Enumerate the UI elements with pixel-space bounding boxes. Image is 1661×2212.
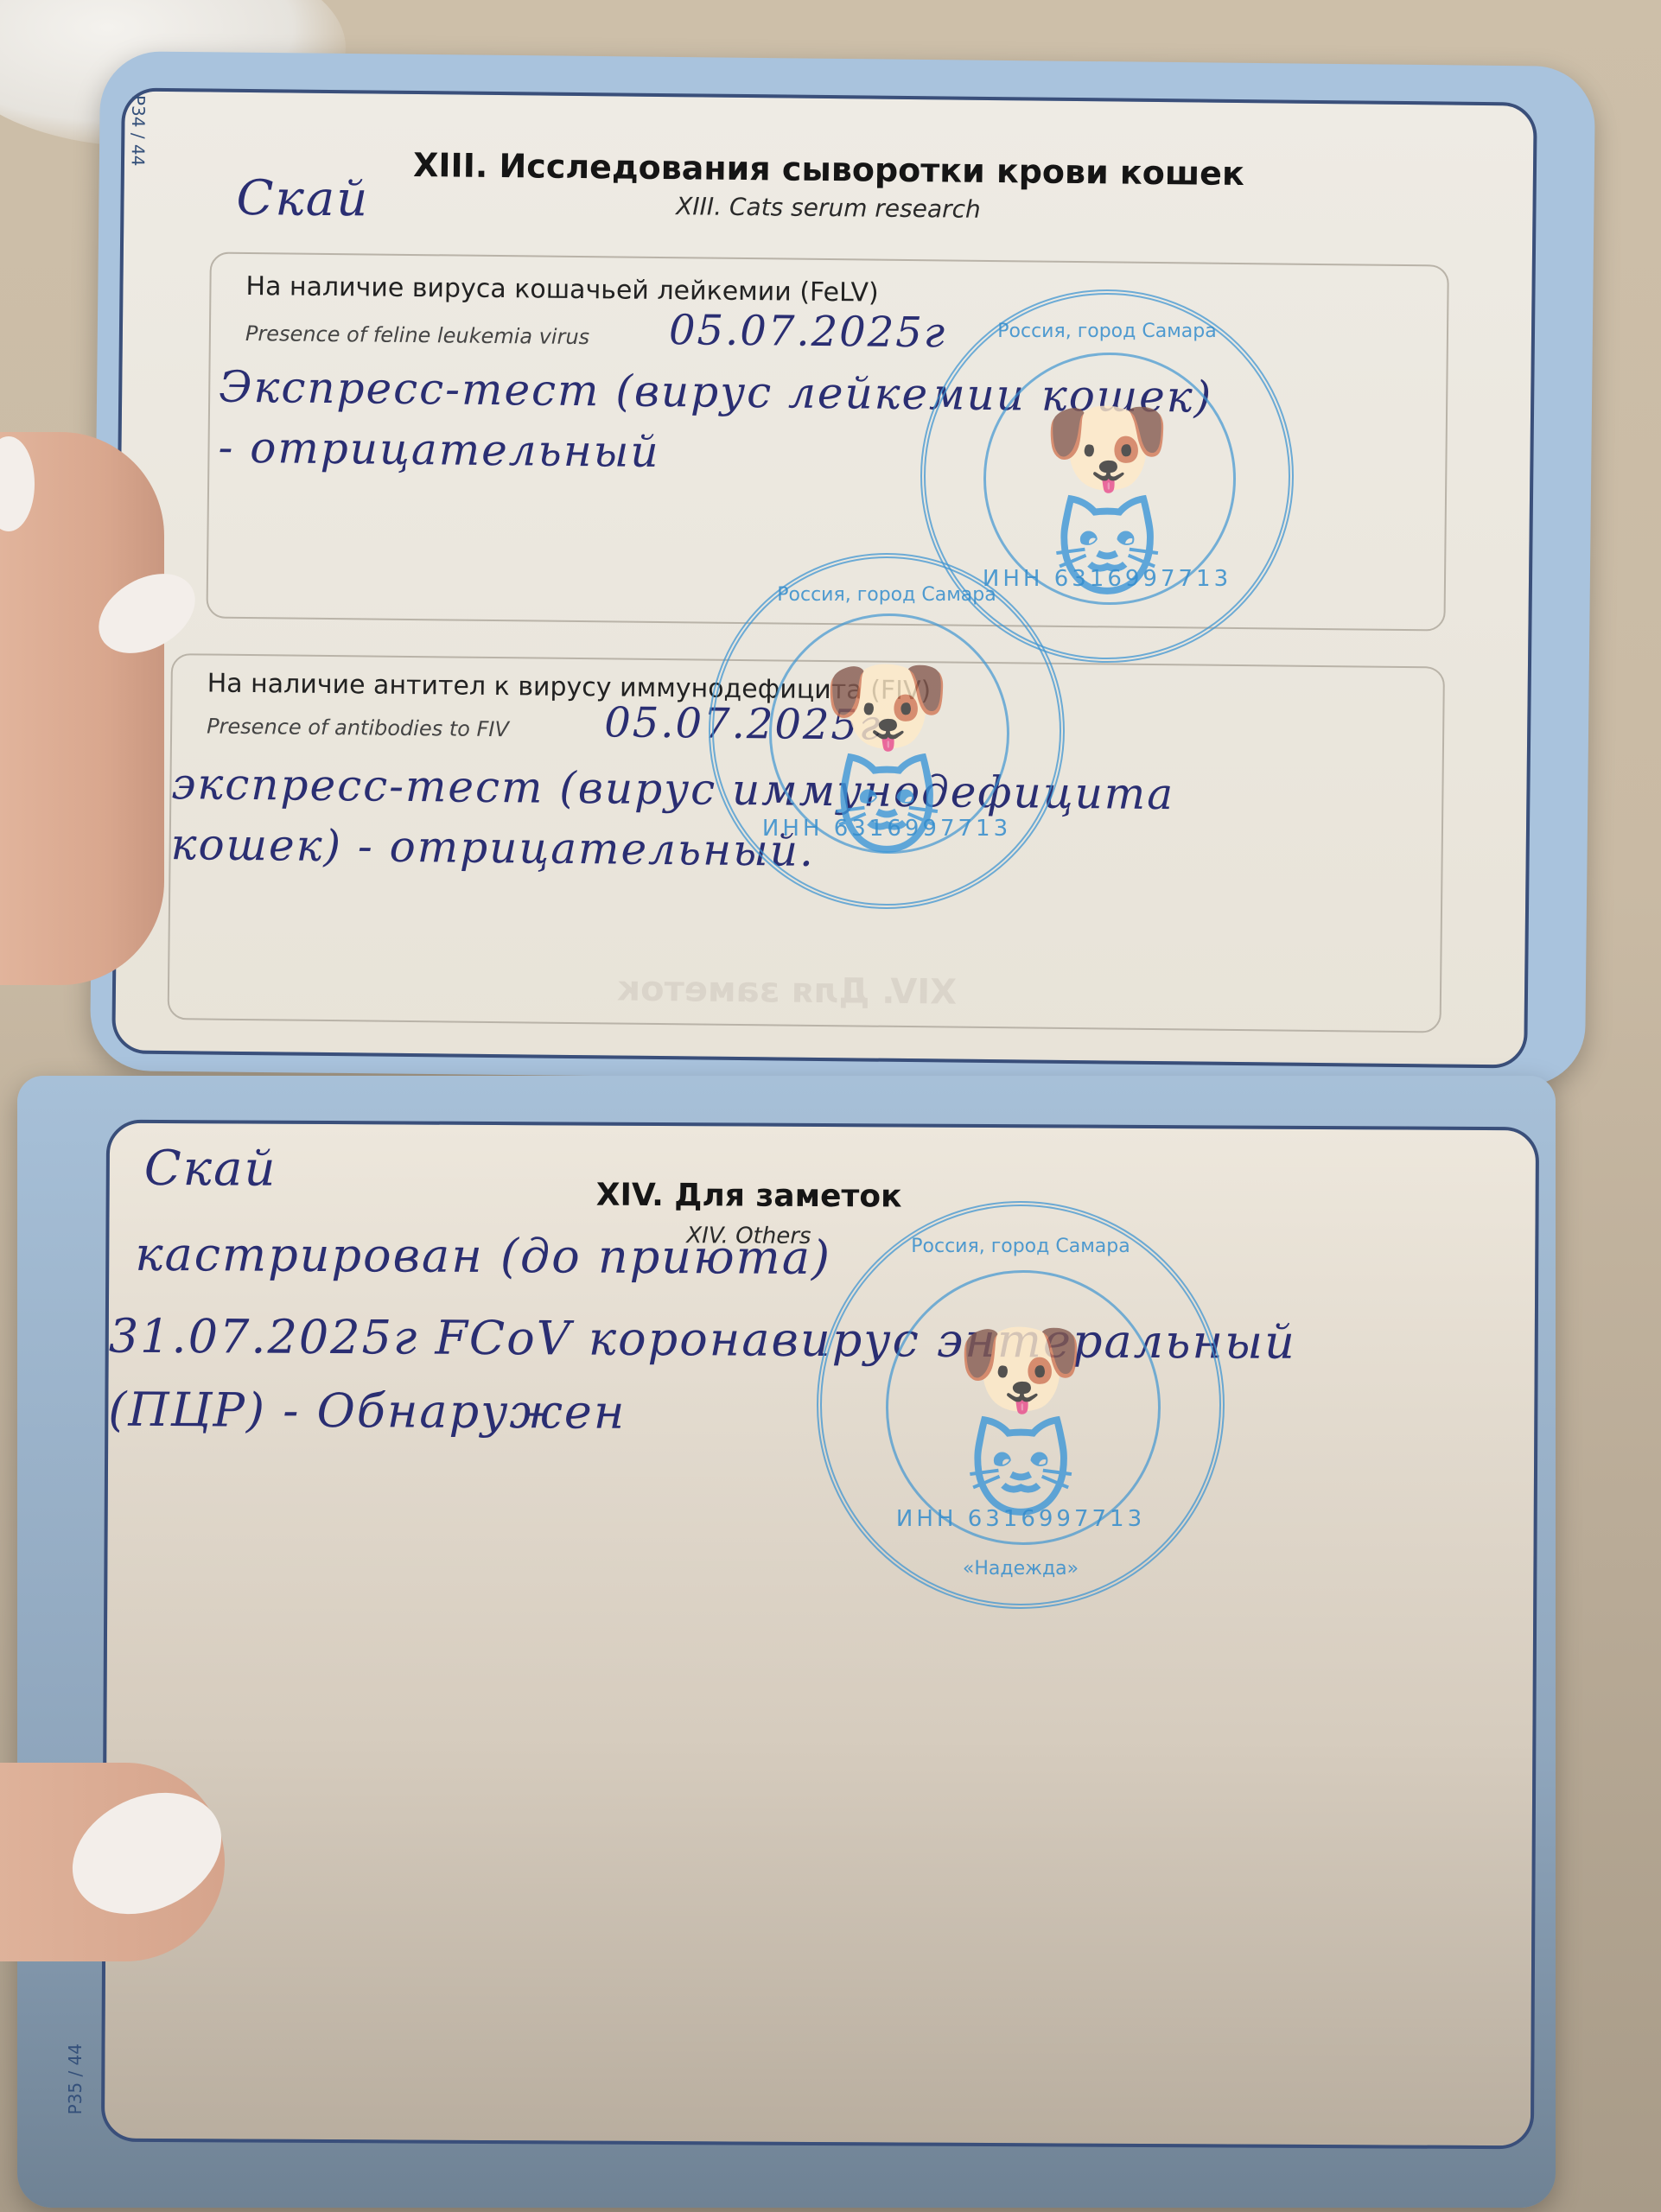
passport-page-bottom: XIV. Для заметок XIV. Others Скай кастри… [101, 1120, 1539, 2150]
handwritten-name: Скай [236, 170, 369, 228]
bleed-through-text: XIV. Для заметок [617, 969, 958, 1013]
stamp-emblem-icon: 🐶🐱 [1034, 397, 1180, 556]
organization-stamp: Россия, город Самара 🐶🐱 ИНН 6316997713 «… [817, 1201, 1225, 1609]
stamp-emblem-icon: 🐶🐱 [818, 655, 956, 807]
note-line: кастрирован (до приюта) [135, 1227, 831, 1285]
test-label-en: Presence of antibodies to FIV [207, 715, 509, 742]
page-number: P35 / 44 [65, 2044, 86, 2114]
test-result-line2: - отрицательный [218, 423, 660, 477]
note-line: (ПЦР) - Обнаружен [108, 1382, 626, 1440]
page-number: P34 / 44 [128, 95, 150, 167]
section-title-ru: XIV. Для заметок [516, 1177, 983, 1215]
test-label-ru: На наличие вируса кошачьей лейкемии (FeL… [245, 271, 879, 308]
organization-stamp: Россия, город Самара 🐶🐱 ИНН 6316997713 [709, 553, 1065, 909]
test-date: 05.07.2025г [669, 306, 947, 357]
test-label-en: Presence of feline leukemia virus [245, 321, 590, 349]
stamp-emblem-icon: 🐶🐱 [941, 1318, 1100, 1492]
handwritten-name: Скай [144, 1141, 277, 1198]
